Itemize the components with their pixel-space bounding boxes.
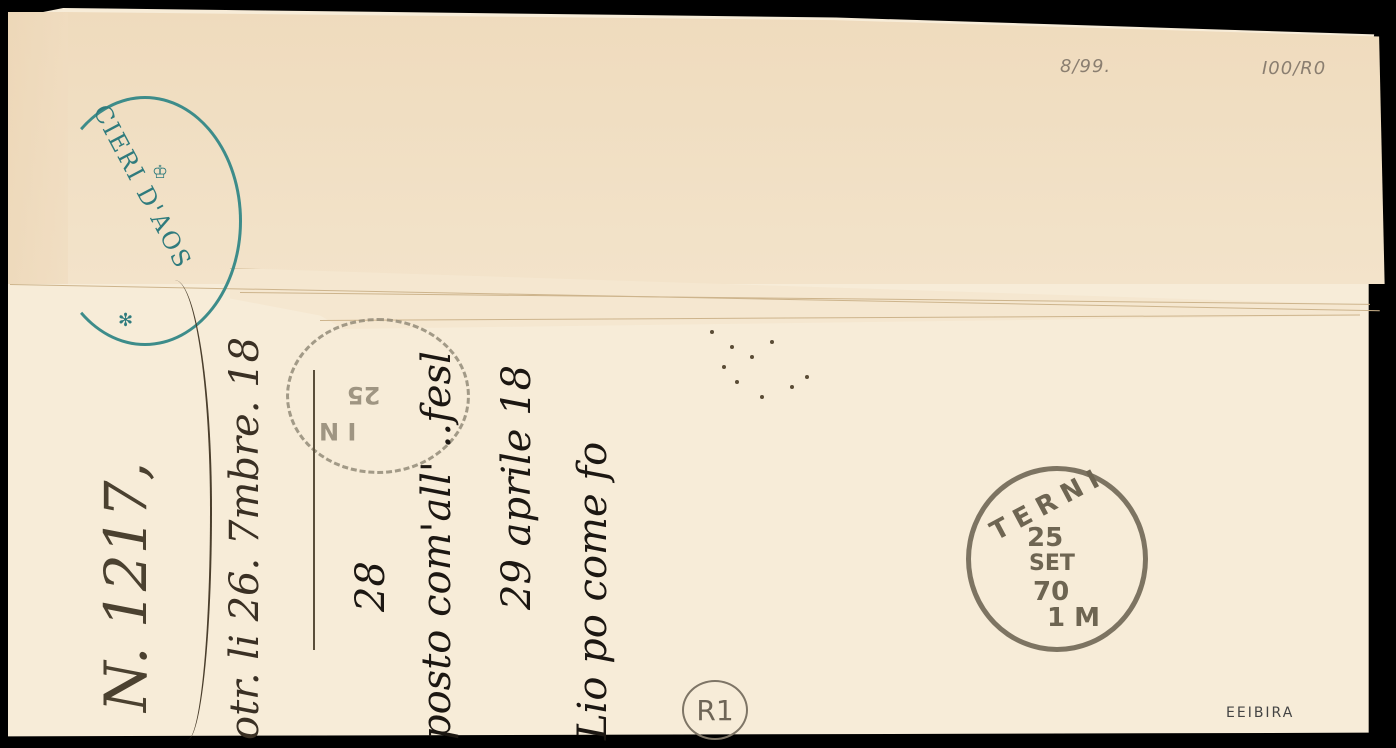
- line-one: 28: [348, 561, 394, 612]
- postmark-time: 1 M: [1047, 603, 1100, 633]
- line-four: Lio po come fo: [570, 442, 616, 740]
- star-ornament-icon: ✻: [118, 310, 133, 331]
- circled-mark-text: R1: [696, 694, 733, 727]
- date-line: otr. li 26. 7mbre. 18: [222, 337, 268, 740]
- pencil-note-inventory: 8/99.: [1060, 56, 1111, 77]
- transit-postmark-fragment: I N: [319, 417, 356, 445]
- crown-emblem-icon: ♔: [152, 162, 168, 183]
- pencil-note-code: I00/R0: [1262, 58, 1326, 79]
- register-number: N. 1217,: [92, 462, 160, 712]
- postmark-month: SET: [1029, 551, 1075, 576]
- line-two: posto com'all' ..fesl: [414, 351, 460, 740]
- terni-postmark: TERNI 25 SET 70 1 M: [966, 466, 1148, 652]
- transit-postmark-day: 25: [347, 381, 380, 409]
- circled-pencil-mark: R1: [682, 680, 748, 740]
- pencil-note-signature: EEIBIRA: [1226, 705, 1294, 721]
- line-three: 29 aprile 18: [494, 365, 540, 610]
- postmark-day: 25: [1027, 523, 1063, 553]
- ink-specks: [700, 325, 830, 415]
- ink-rule: [313, 370, 315, 650]
